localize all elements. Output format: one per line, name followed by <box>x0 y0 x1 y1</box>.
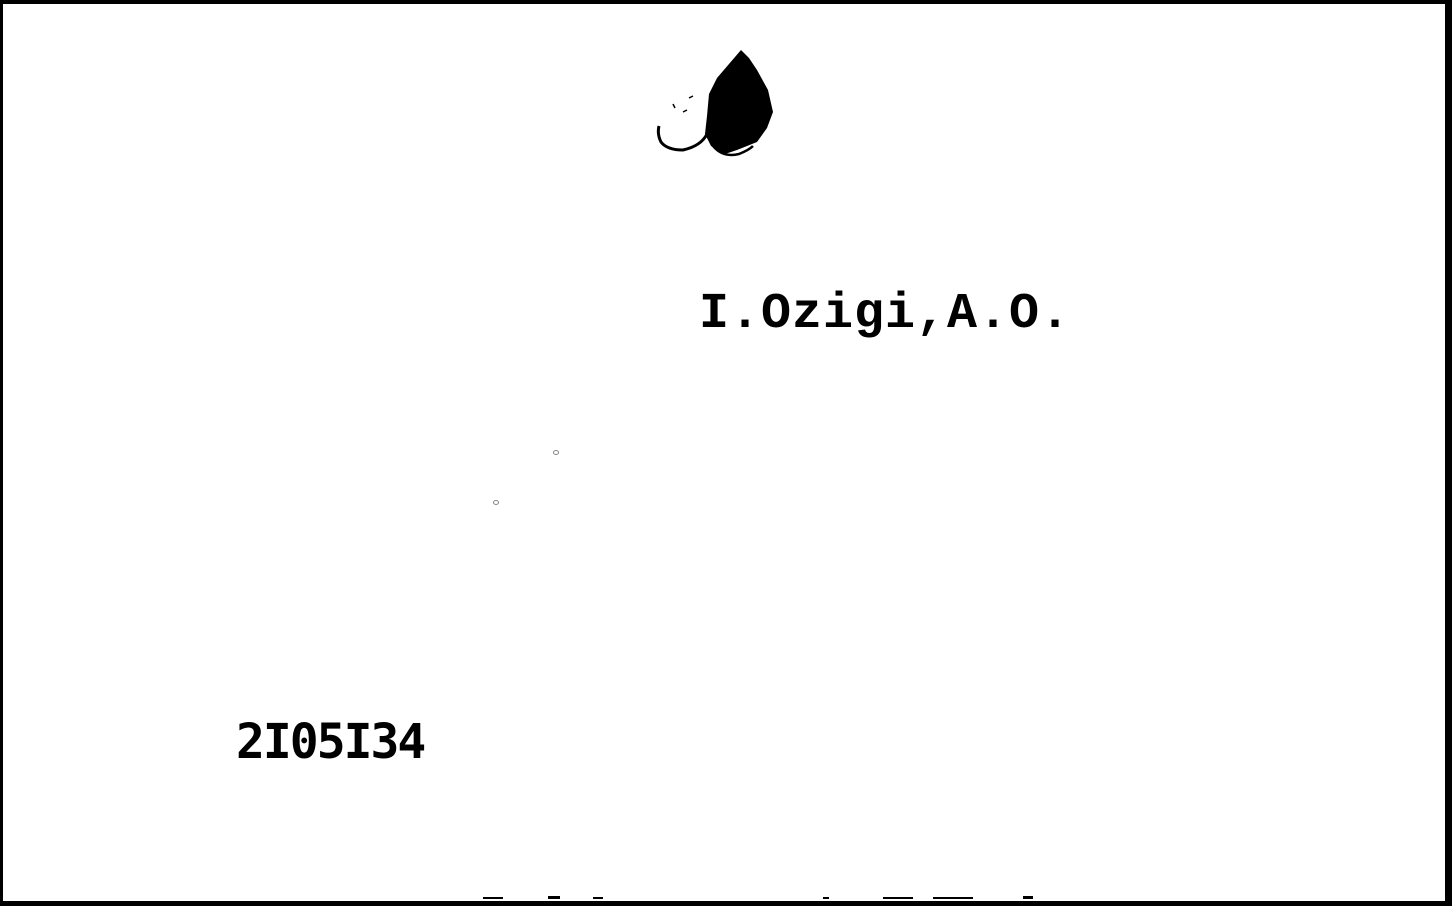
index-card: I.Ozigi,A.O. 2I05I34 <box>3 4 1445 901</box>
card-number: 2I05I34 <box>236 714 424 770</box>
ink-blot-icon <box>653 46 783 164</box>
scan-edge-noise <box>3 895 1445 901</box>
paper-speck <box>553 450 559 455</box>
paper-speck <box>493 500 499 505</box>
card-name: I.Ozigi,A.O. <box>699 286 1071 343</box>
